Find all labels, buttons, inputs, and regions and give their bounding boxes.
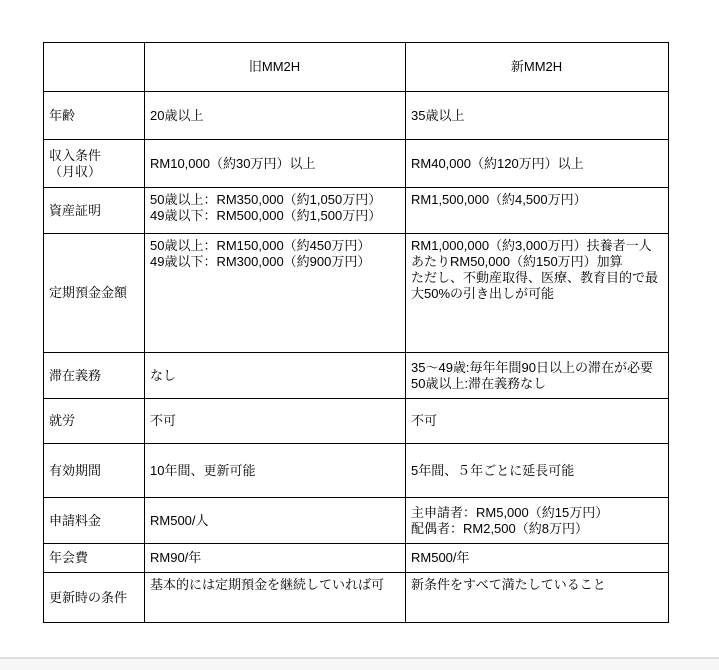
corner-cell	[44, 43, 145, 92]
old-value-renewal-conditions: 基本的には定期預金を継続していれば可	[145, 573, 406, 623]
old-value-stay-obligation: なし	[145, 353, 406, 399]
table-row-age: 年齢 20歳以上 35歳以上	[44, 92, 669, 140]
old-value-application-fee: RM500/人	[145, 498, 406, 544]
row-label-income: 収入条件 （月収）	[44, 140, 145, 188]
table-row-stay-obligation: 滞在義務 なし 35〜49歳:毎年年間90日以上の滞在が必要 50歳以上:滞在義…	[44, 353, 669, 399]
table-row-annual-fee: 年会費 RM90/年 RM500/年	[44, 544, 669, 573]
table-row-validity-period: 有効期間 10年間、更新可能 5年間、５年ごとに延長可能	[44, 444, 669, 498]
new-value-application-fee: 主申請者：RM5,000（約15万円） 配偶者：RM2,500（約8万円）	[406, 498, 669, 544]
row-label-application-fee: 申請料金	[44, 498, 145, 544]
new-value-asset-proof: RM1,500,000（約4,500万円）	[406, 188, 669, 234]
table-header-row: 旧MM2H 新MM2H	[44, 43, 669, 92]
new-value-stay-obligation: 35〜49歳:毎年年間90日以上の滞在が必要 50歳以上:滞在義務なし	[406, 353, 669, 399]
old-value-annual-fee: RM90/年	[145, 544, 406, 573]
page-bottom-divider	[0, 657, 719, 670]
table-row-asset-proof: 資産証明 50歳以上：RM350,000（約1,050万円） 49歳以下：RM5…	[44, 188, 669, 234]
old-value-asset-proof: 50歳以上：RM350,000（約1,050万円） 49歳以下：RM500,00…	[145, 188, 406, 234]
new-value-renewal-conditions: 新条件をすべて満たしていること	[406, 573, 669, 623]
table-row-employment: 就労 不可 不可	[44, 399, 669, 444]
new-value-age: 35歳以上	[406, 92, 669, 140]
row-label-validity-period: 有効期間	[44, 444, 145, 498]
row-label-annual-fee: 年会費	[44, 544, 145, 573]
table-row-income: 収入条件 （月収） RM10,000（約30万円）以上 RM40,000（約12…	[44, 140, 669, 188]
document-canvas: 旧MM2H 新MM2H 年齢 20歳以上 35歳以上 収入条件 （月収） RM1…	[0, 0, 719, 670]
old-value-fixed-deposit: 50歳以上：RM150,000（約450万円） 49歳以下：RM300,000（…	[145, 234, 406, 353]
old-value-income: RM10,000（約30万円）以上	[145, 140, 406, 188]
row-label-renewal-conditions: 更新時の条件	[44, 573, 145, 623]
table-row-fixed-deposit: 定期預金金額 50歳以上：RM150,000（約450万円） 49歳以下：RM3…	[44, 234, 669, 353]
row-label-stay-obligation: 滞在義務	[44, 353, 145, 399]
old-value-validity-period: 10年間、更新可能	[145, 444, 406, 498]
new-value-annual-fee: RM500/年	[406, 544, 669, 573]
column-header-new-mm2h: 新MM2H	[406, 43, 669, 92]
row-label-fixed-deposit: 定期預金金額	[44, 234, 145, 353]
new-value-income: RM40,000（約120万円）以上	[406, 140, 669, 188]
row-label-employment: 就労	[44, 399, 145, 444]
column-header-old-mm2h: 旧MM2H	[145, 43, 406, 92]
old-value-employment: 不可	[145, 399, 406, 444]
table-row-application-fee: 申請料金 RM500/人 主申請者：RM5,000（約15万円） 配偶者：RM2…	[44, 498, 669, 544]
row-label-asset-proof: 資産証明	[44, 188, 145, 234]
new-value-employment: 不可	[406, 399, 669, 444]
new-value-fixed-deposit: RM1,000,000（約3,000万円）扶養者一人あたりRM50,000（約1…	[406, 234, 669, 353]
table-row-renewal-conditions: 更新時の条件 基本的には定期預金を継続していれば可 新条件をすべて満たしているこ…	[44, 573, 669, 623]
new-value-validity-period: 5年間、５年ごとに延長可能	[406, 444, 669, 498]
old-value-age: 20歳以上	[145, 92, 406, 140]
mm2h-comparison-table: 旧MM2H 新MM2H 年齢 20歳以上 35歳以上 収入条件 （月収） RM1…	[43, 42, 669, 623]
row-label-age: 年齢	[44, 92, 145, 140]
